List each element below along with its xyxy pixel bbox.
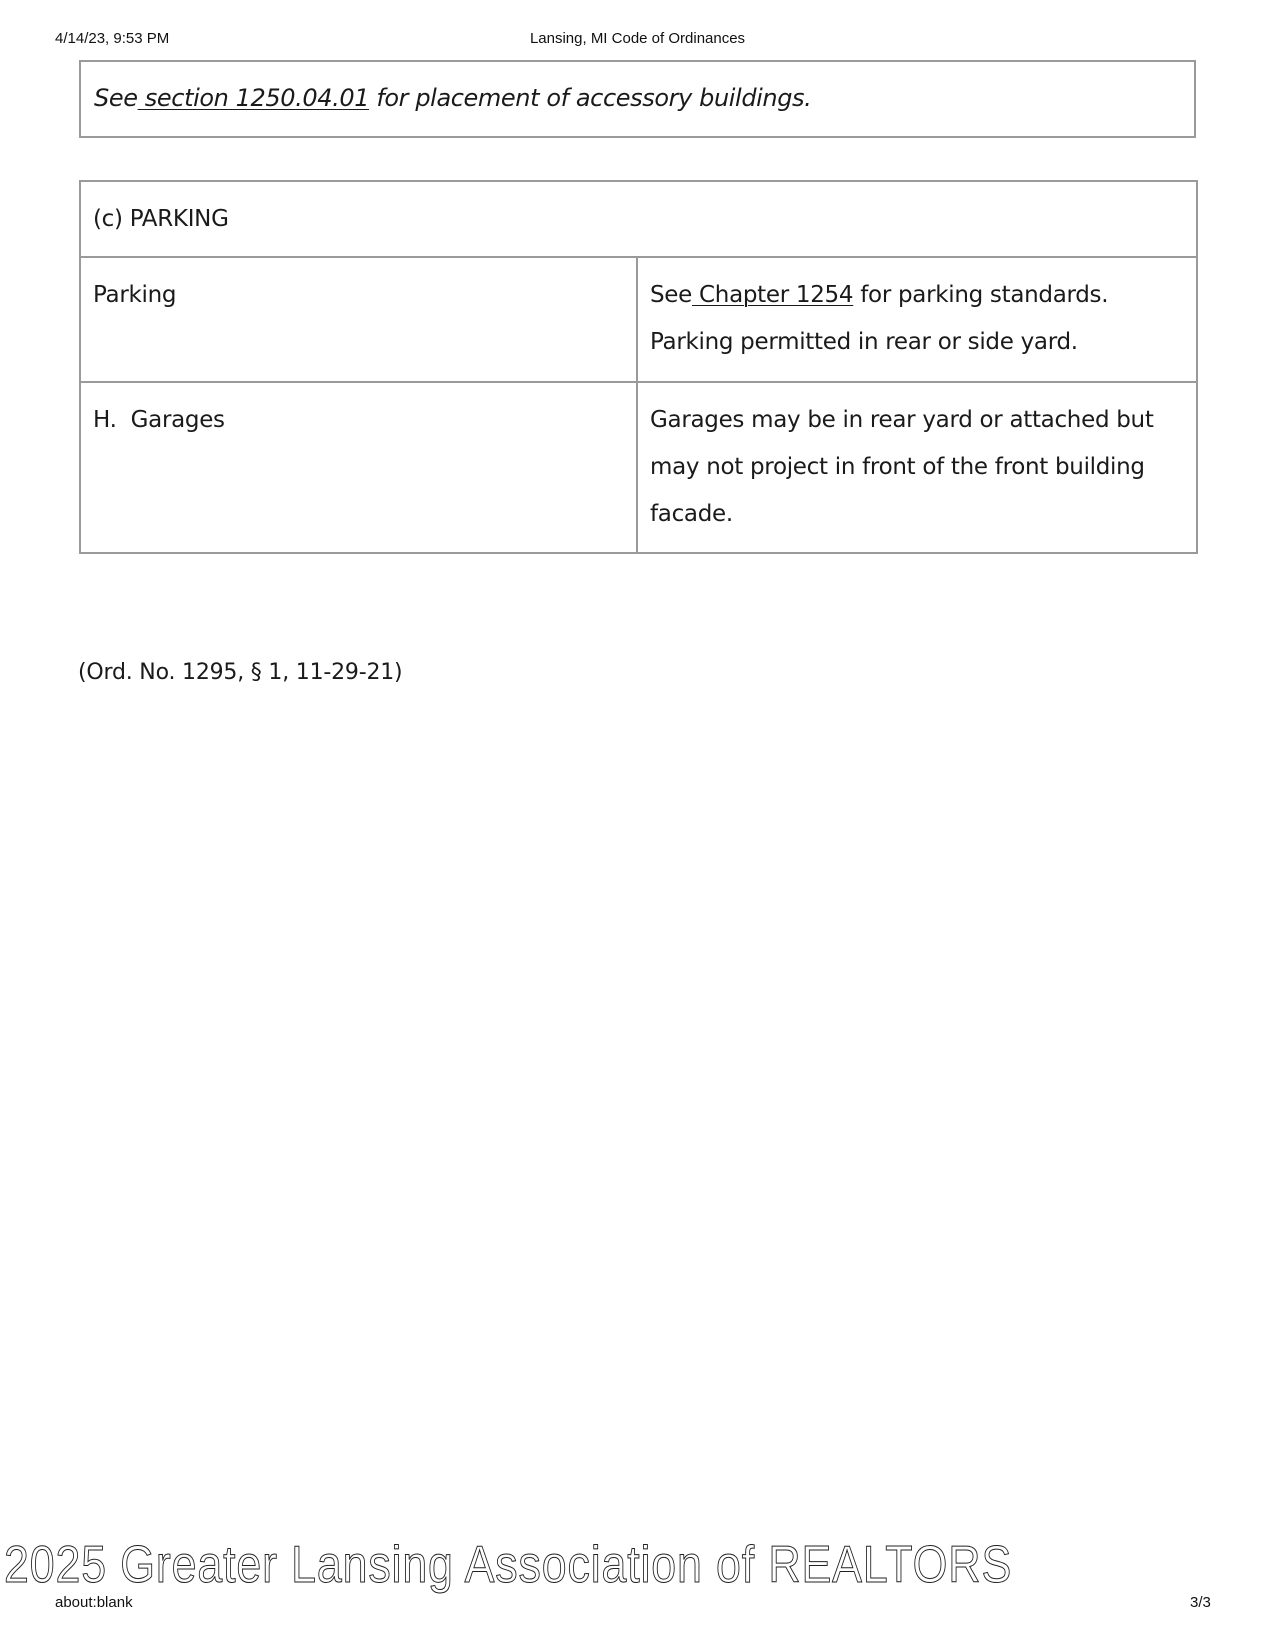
- table-section-header-row: (c) PARKING: [80, 181, 1197, 257]
- note-suffix: for placement of accessory buildings.: [369, 84, 811, 112]
- watermark: 2025 Greater Lansing Association of REAL…: [4, 1535, 1012, 1595]
- print-header: 4/14/23, 9:53 PM Lansing, MI Code of Ord…: [0, 30, 1275, 50]
- note-text: See section 1250.04.01 for placement of …: [94, 84, 811, 112]
- chapter-1254-link[interactable]: Chapter 1254: [692, 282, 853, 308]
- row-label: H. Garages: [80, 382, 637, 553]
- section-header: (c) PARKING: [80, 181, 1197, 257]
- ordinance-reference: (Ord. No. 1295, § 1, 11-29-21): [78, 660, 402, 685]
- parking-table: (c) PARKING Parking See Chapter 1254 for…: [79, 180, 1198, 554]
- print-url: about:blank: [55, 1594, 133, 1611]
- row-label: Parking: [80, 257, 637, 382]
- parking-permitted-line: Parking permitted in rear or side yard.: [650, 319, 1184, 366]
- value-suffix: for parking standards.: [853, 282, 1108, 308]
- page-number: 3/3: [1190, 1594, 1211, 1611]
- parking-standards-line: See Chapter 1254 for parking standards.: [650, 272, 1184, 319]
- section-1250-04-01-link[interactable]: section 1250.04.01: [138, 84, 370, 112]
- row-value: Garages may be in rear yard or attached …: [637, 382, 1197, 553]
- table-row: Parking See Chapter 1254 for parking sta…: [80, 257, 1197, 382]
- row-value: See Chapter 1254 for parking standards. …: [637, 257, 1197, 382]
- accessory-buildings-note: See section 1250.04.01 for placement of …: [79, 60, 1196, 138]
- note-prefix: See: [94, 84, 138, 112]
- value-prefix: See: [650, 282, 692, 308]
- print-page-title: Lansing, MI Code of Ordinances: [0, 30, 1275, 47]
- table-row: H. Garages Garages may be in rear yard o…: [80, 382, 1197, 553]
